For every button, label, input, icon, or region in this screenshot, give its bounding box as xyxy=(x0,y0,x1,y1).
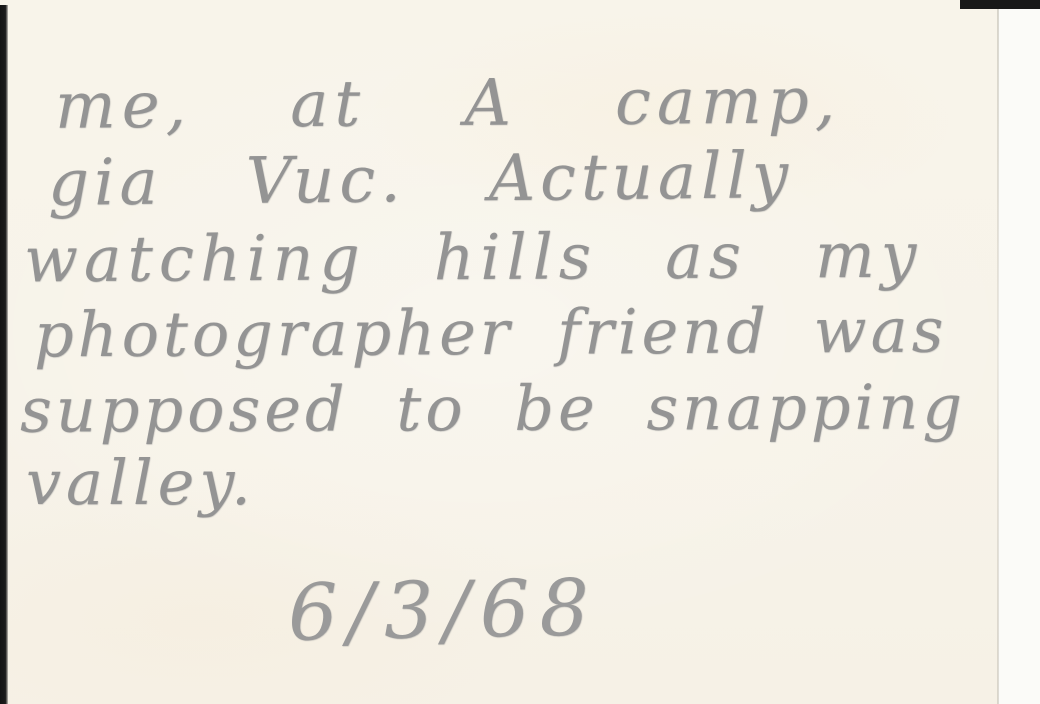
handwritten-date: 6/3/68 xyxy=(287,569,599,652)
photo-back-card: me, at A camp, gia Vuc. Actually watchin… xyxy=(0,0,998,704)
handwritten-line-1: me, at A camp, xyxy=(55,69,841,138)
handwritten-line-4: photographer friend was xyxy=(34,300,948,367)
scanned-photo-back: me, at A camp, gia Vuc. Actually watchin… xyxy=(0,0,1040,704)
scan-border-top-right xyxy=(960,0,1040,9)
handwritten-line-3: watching hills as my xyxy=(24,224,923,292)
scan-border-left xyxy=(0,5,8,704)
handwritten-line-2: gia Vuc. Actually xyxy=(48,144,794,216)
handwritten-line-6: valley. xyxy=(26,452,256,514)
card-right-edge xyxy=(997,8,999,704)
handwritten-line-5: supposed to be snapping xyxy=(20,376,966,441)
